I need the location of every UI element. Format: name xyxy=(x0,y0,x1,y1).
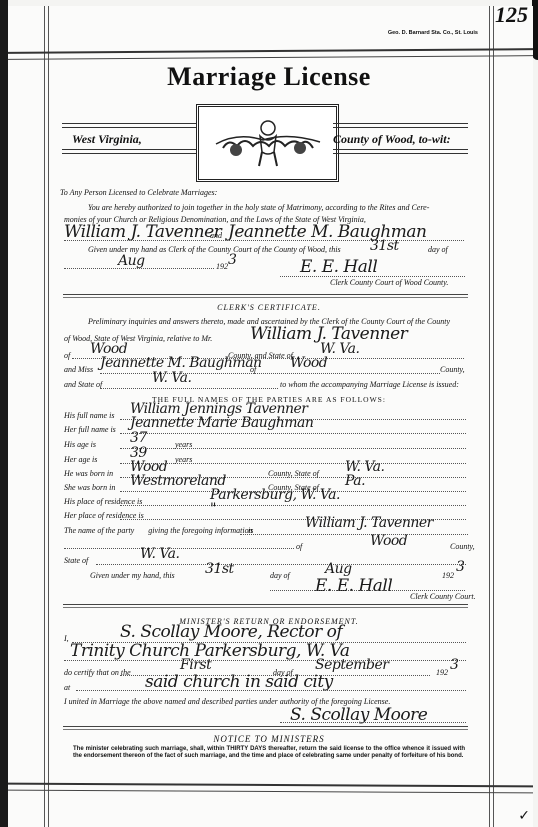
field-mid-label: County, State of xyxy=(268,469,319,478)
informant-state: W. Va. xyxy=(140,546,179,562)
cert-year-suffix: 3 xyxy=(456,559,464,575)
field-label: She was born in xyxy=(64,483,115,492)
section-divider xyxy=(63,294,468,298)
cert-clerk-signature: E. E. Hall xyxy=(315,576,392,596)
cert-bride-name: Jeannette M. Baughman xyxy=(100,355,262,371)
at-label: at xyxy=(64,683,70,692)
county-label: County of Wood, to-wit: xyxy=(333,132,451,147)
field-label: His full name is xyxy=(64,411,114,420)
field-label: He was born in xyxy=(64,469,113,478)
cherub-garland-icon xyxy=(196,104,339,182)
field-value: Jeannette Marie Baughman xyxy=(130,415,313,431)
document-title: Marriage License xyxy=(0,62,538,92)
license-year-suffix: 3 xyxy=(228,252,236,268)
section-divider-2 xyxy=(63,604,468,608)
field-value: " xyxy=(210,501,216,517)
border-right xyxy=(489,6,494,827)
return-month: September xyxy=(315,657,388,673)
informant-county-label: County, xyxy=(450,542,475,551)
license-year-prefix: 192 xyxy=(216,262,228,271)
field-value-2: Pa. xyxy=(345,473,365,489)
notice-body: The minister celebrating such marriage, … xyxy=(73,746,465,760)
informant-county: Wood xyxy=(370,533,407,549)
minister-line-1: S. Scollay Moore, Rector of xyxy=(120,622,342,642)
return-day: First xyxy=(180,657,211,673)
clerk-title: Clerk County Court of Wood County. xyxy=(330,278,448,287)
field-value: 37 xyxy=(130,430,147,446)
page-number: 125 xyxy=(495,2,528,28)
marriage-place: said church in said city xyxy=(145,672,333,692)
i-label: I, xyxy=(64,634,69,643)
informant-state-label: State of xyxy=(64,556,88,565)
field-value: Parkersburg, W. Va. xyxy=(210,487,340,503)
border-left xyxy=(44,6,49,827)
checkmark-icon: ✓ xyxy=(518,808,530,824)
authorization-line-1: You are hereby authorized to join togeth… xyxy=(88,203,429,212)
informant-label: The name of the party giving the foregoi… xyxy=(64,526,253,535)
and-miss-label: and Miss xyxy=(64,365,93,374)
cert-month: Aug xyxy=(325,561,352,577)
field-suffix: years xyxy=(175,455,192,464)
and-state-label: and State of xyxy=(64,380,102,389)
license-month: Aug xyxy=(118,253,145,269)
groom-name-handwritten: William J. Tavenner xyxy=(64,222,221,242)
of-label: of xyxy=(64,351,70,360)
county-label: County, xyxy=(440,365,465,374)
printer-credit: Geo. D. Barnard Sta. Co., St. Louis xyxy=(388,30,478,36)
cert-year-prefix: 192 xyxy=(442,571,454,580)
cert-day-of-label: day of xyxy=(270,571,290,580)
clerk-signature: E. E. Hall xyxy=(300,257,377,277)
salutation: To Any Person Licensed to Celebrate Marr… xyxy=(60,188,217,197)
cert-given-text: Given under my hand, this xyxy=(90,571,175,580)
certificate-intro-2: of Wood, State of West Virginia, relativ… xyxy=(64,334,212,343)
field-label: Her age is xyxy=(64,455,97,464)
state-band: West Virginia, xyxy=(62,123,197,153)
field-suffix: years xyxy=(175,440,192,449)
return-year-prefix: 192 xyxy=(436,668,448,677)
informant-name: William J. Tavenner xyxy=(305,515,433,531)
border-top-band xyxy=(8,48,533,60)
cert-clerk-title: Clerk County Court. xyxy=(410,592,476,601)
section-divider-3 xyxy=(63,726,468,730)
notice-title: NOTICE TO MINISTERS xyxy=(0,734,538,744)
license-day: 31st xyxy=(370,238,399,254)
scan-edge-left xyxy=(0,0,8,827)
state-label: West Virginia, xyxy=(72,132,142,147)
border-bottom-band xyxy=(8,783,533,794)
return-year-suffix: 3 xyxy=(450,657,458,673)
informant-of-label: of xyxy=(296,542,302,551)
cert-bride-state: W. Va. xyxy=(152,370,191,386)
field-label: His age is xyxy=(64,440,96,449)
cert-bride-county: Wood xyxy=(290,355,327,371)
field-label: Her full name is xyxy=(64,425,116,434)
and-label: and xyxy=(210,231,222,240)
county-band: County of Wood, to-wit: xyxy=(333,123,468,153)
cert-day: 31st xyxy=(205,561,234,577)
clerks-certificate-heading: CLERK'S CERTIFICATE. xyxy=(0,303,538,312)
day-of-label: day of xyxy=(428,245,448,254)
to-whom-text: to whom the accompanying Marriage Licens… xyxy=(280,380,459,389)
